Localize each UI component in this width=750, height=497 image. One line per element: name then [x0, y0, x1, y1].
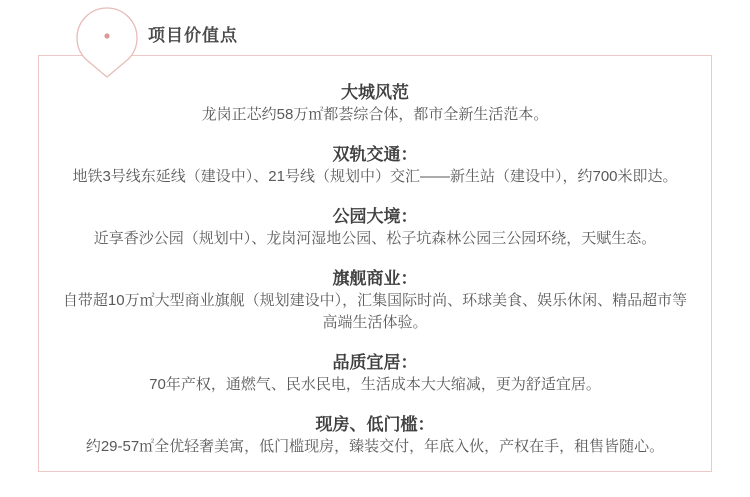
- page: 项目价值点 大城风范 龙岗正芯约58万㎡都荟综合体，都市全新生活范本。 双轨交通…: [0, 0, 750, 497]
- section-parks: 公园大境： 近享香沙公园（规划中）、龙岗河湿地公园、松子坑森林公园三公园环绕，天…: [57, 206, 693, 250]
- section-body: 地铁3号线东延线（建设中）、21号线（规划中）交汇——新生站（建设中），约700…: [57, 166, 693, 188]
- section-heading: 大城风范: [57, 82, 693, 104]
- section-transit: 双轨交通： 地铁3号线东延线（建设中）、21号线（规划中）交汇——新生站（建设中…: [57, 144, 693, 188]
- map-pin-icon: [72, 0, 142, 80]
- section-body: 约29-57㎡全优轻奢美寓，低门槛现房，臻装交付，年底入伙，产权在手，租售皆随心…: [57, 436, 693, 458]
- section-body: 自带超10万㎡大型商业旗舰（规划建设中），汇集国际时尚、环球美食、娱乐休闲、精品…: [57, 290, 693, 334]
- section-heading: 旗舰商业：: [57, 268, 693, 290]
- section-body: 近享香沙公园（规划中）、龙岗河湿地公园、松子坑森林公园三公园环绕，天赋生态。: [57, 228, 693, 250]
- section-commerce: 旗舰商业： 自带超10万㎡大型商业旗舰（规划建设中），汇集国际时尚、环球美食、娱…: [57, 268, 693, 334]
- section-body: 龙岗正芯约58万㎡都荟综合体，都市全新生活范本。: [57, 104, 693, 126]
- section-body: 70年产权，通燃气、民水民电，生活成本大大缩减，更为舒适宜居。: [57, 374, 693, 396]
- section-living: 品质宜居： 70年产权，通燃气、民水民电，生活成本大大缩减，更为舒适宜居。: [57, 352, 693, 396]
- value-points-panel: 大城风范 龙岗正芯约58万㎡都荟综合体，都市全新生活范本。 双轨交通： 地铁3号…: [38, 55, 712, 472]
- section-heading: 现房、低门槛：: [57, 414, 693, 436]
- section-heading: 品质宜居：: [57, 352, 693, 374]
- section-heading: 公园大境：: [57, 206, 693, 228]
- section-heading: 双轨交通：: [57, 144, 693, 166]
- section-ready-homes: 现房、低门槛： 约29-57㎡全优轻奢美寓，低门槛现房，臻装交付，年底入伙，产权…: [57, 414, 693, 458]
- page-title: 项目价值点: [148, 24, 238, 48]
- section-city: 大城风范 龙岗正芯约58万㎡都荟综合体，都市全新生活范本。: [57, 82, 693, 126]
